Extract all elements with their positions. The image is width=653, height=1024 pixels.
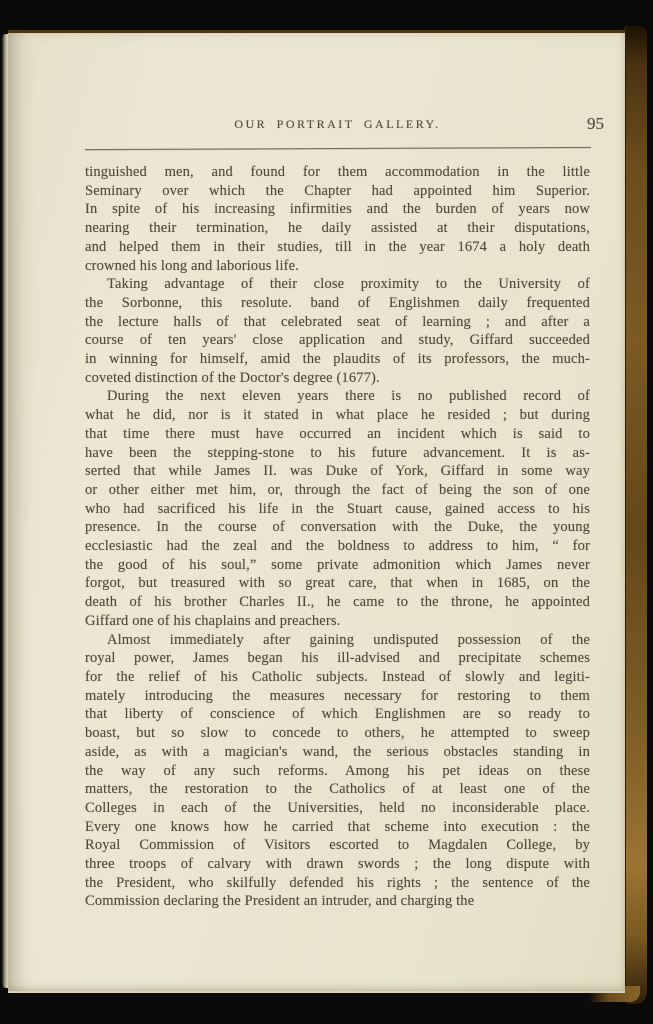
book-page: OUR PORTRAIT GALLERY. 95 tinguished men,… <box>8 30 625 993</box>
text-line: that time there must have occurred an in… <box>85 425 590 444</box>
text-line: Commission declaring the President an in… <box>85 892 590 911</box>
text-line: three troops of calvary with drawn sword… <box>85 855 590 874</box>
text-line: boast, but so slow to concede to others,… <box>85 724 590 743</box>
page-number: 95 <box>587 114 604 134</box>
text-line: nearing their termination, he daily assi… <box>85 219 590 238</box>
page-header: OUR PORTRAIT GALLERY. 95 <box>85 117 590 141</box>
text-line: the way of any such reforms. Among his p… <box>85 762 590 781</box>
text-line: Almost immediately after gaining undispu… <box>85 631 590 650</box>
text-line: the President, who skilfully defended hi… <box>85 874 590 893</box>
text-line: that liberty of conscience of which Engl… <box>85 705 590 724</box>
text-line: Royal Commission of Visitors escorted to… <box>85 836 590 855</box>
paragraph: During the next eleven years there is no… <box>85 387 590 630</box>
text-line: tinguished men, and found for them accom… <box>85 163 590 182</box>
text-line: matters, the restoration to the Catholic… <box>85 780 590 799</box>
text-line: Taking advantage of their close proximit… <box>85 275 590 294</box>
text-line: During the next eleven years there is no… <box>85 387 590 406</box>
book-cover-edge <box>624 26 647 1004</box>
text-line: the Sorbonne, this resolute. band of Eng… <box>85 294 590 313</box>
text-line: what he did, nor is it stated in what pl… <box>85 406 590 425</box>
text-line: course of ten years' close application a… <box>85 331 590 350</box>
text-line: the lecture halls of that celebrated sea… <box>85 313 590 332</box>
running-title: OUR PORTRAIT GALLERY. <box>85 117 590 132</box>
text-line: Colleges in each of the Universities, he… <box>85 799 590 818</box>
text-line: royal power, James began his ill-advised… <box>85 649 590 668</box>
header-rule <box>85 147 591 150</box>
text-line: In spite of his increasing infirmities a… <box>85 200 590 219</box>
text-line: aside, as with a magician's wand, the se… <box>85 743 590 762</box>
page-body: tinguished men, and found for them accom… <box>85 163 590 911</box>
text-line: in winning for himself, amid the plaudit… <box>85 350 590 369</box>
text-line: presence. In the course of conversation … <box>85 518 590 537</box>
text-line: Every one knows how he carried that sche… <box>85 818 590 837</box>
text-line: Seminary over which the Chapter had appo… <box>85 182 590 201</box>
text-line: coveted distinction of the Doctor's degr… <box>85 369 590 388</box>
text-line: forgot, but treasured with so great care… <box>85 574 590 593</box>
text-line: Giffard one of his chaplains and preache… <box>85 612 590 631</box>
text-line: have been the stepping-stone to his futu… <box>85 444 590 463</box>
scan-background: OUR PORTRAIT GALLERY. 95 tinguished men,… <box>0 0 653 1024</box>
paragraph: tinguished men, and found for them accom… <box>85 163 590 275</box>
text-line: or other either met him, or, through the… <box>85 481 590 500</box>
text-line: who had sacrificed his life in the Stuar… <box>85 500 590 519</box>
text-line: crowned his long and laborious life. <box>85 257 590 276</box>
text-line: and helped them in their studies, till i… <box>85 238 590 257</box>
text-line: serted that while James II. was Duke of … <box>85 462 590 481</box>
text-line: the good of his soul,” some private admo… <box>85 556 590 575</box>
text-line: for the relief of his Catholic subjects.… <box>85 668 590 687</box>
paragraph: Almost immediately after gaining undispu… <box>85 631 590 912</box>
text-line: death of his brother Charles II., he cam… <box>85 593 590 612</box>
paragraph: Taking advantage of their close proximit… <box>85 275 590 387</box>
text-line: ecclesiastic had the zeal and the boldne… <box>85 537 590 556</box>
text-line: mately introducing the measures necessar… <box>85 687 590 706</box>
